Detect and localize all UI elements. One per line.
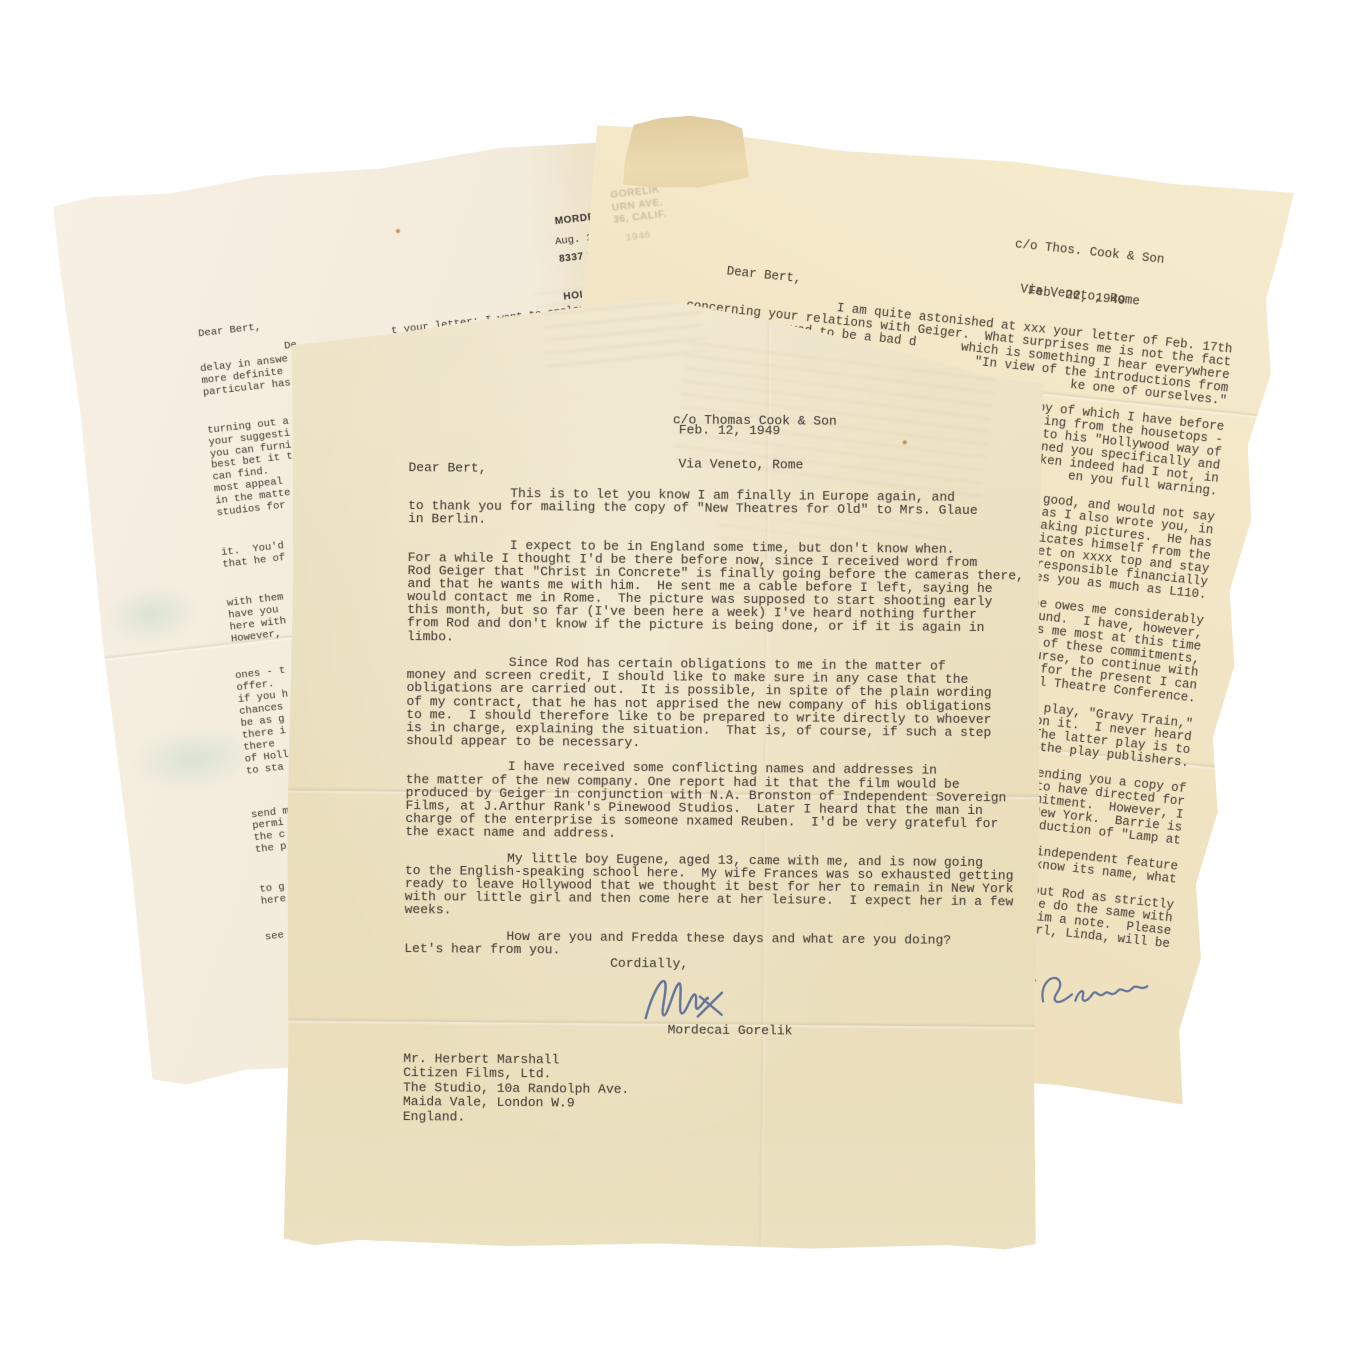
fragment-group: How are you and Fredda these days and wh…: [404, 929, 1044, 961]
text-fragment: [680, 286, 681, 299]
fragment-group: My little boy Eugene, aged 13, came with…: [405, 851, 1046, 922]
paper-corner-tab: [621, 114, 749, 190]
recipient-address: Mr. Herbert MarshallCitizen Films, Ltd.T…: [403, 1052, 630, 1126]
return-address: c/o Thos. Cook & Son Via Veneto, Rome: [1007, 208, 1168, 339]
paper-speck: [396, 229, 400, 233]
text-line: England.: [403, 1110, 629, 1126]
fragment-group: I expect to be in England some time, but…: [407, 538, 1048, 648]
fragment-group: I have received some conflicting names a…: [405, 759, 1046, 843]
salutation: Dear Bert,: [726, 264, 802, 286]
salutation: Dear Bert,: [198, 321, 262, 340]
ink-stain: [127, 721, 258, 797]
salutation: Dear Bert,: [408, 460, 486, 476]
letter-date: Feb. 12, 1949: [679, 422, 781, 438]
typed-signature-name: Mordecai Gorelik: [668, 1022, 793, 1038]
letter-body: This is to let you know I am finally in …: [404, 486, 1048, 973]
photo-of-three-letters: MORDECAI 8337 BLACKB HOLLYWOOD Aug. 25, …: [0, 0, 1366, 1366]
ink-stain: [101, 580, 202, 648]
return-address-line: c/o Thos. Cook & Son: [1014, 237, 1165, 267]
paper-speck: [903, 440, 907, 444]
letter-feb-12-1949: c/o Thomas Cook & Son Via Veneto, Rome F…: [284, 295, 1044, 1252]
ghost-letterhead-showthrough: GORELIK URN AVE. 36, CALIF. 1946: [610, 184, 670, 246]
fragment-group: Since Rod has certain obligations to me …: [406, 655, 1047, 752]
return-address: c/o Thomas Cook & Son Via Veneto, Rome: [672, 384, 837, 501]
return-address-line: Via Veneto, Rome: [678, 457, 836, 473]
fragment-group: This is to let you know I am finally in …: [408, 486, 1048, 531]
